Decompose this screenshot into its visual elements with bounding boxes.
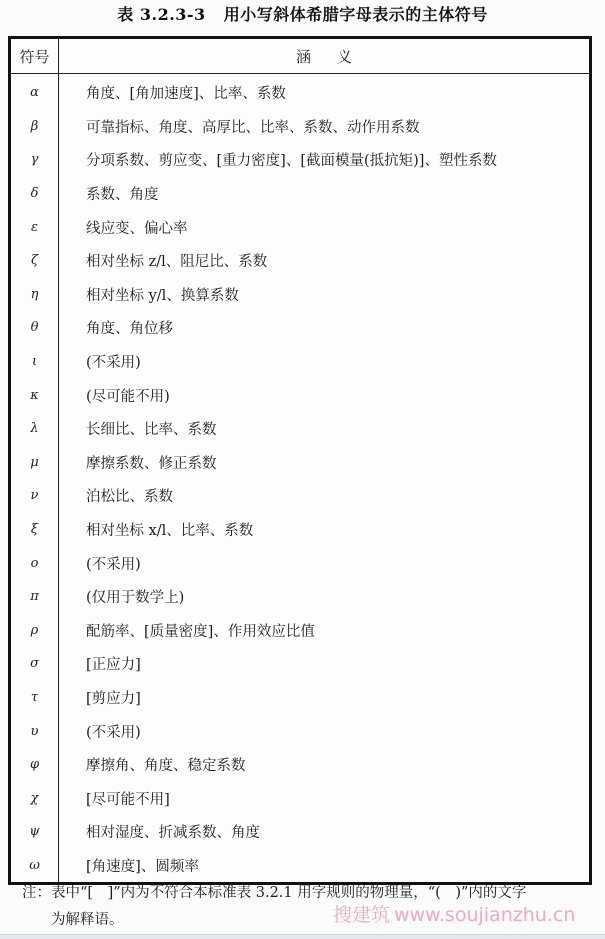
- table-row: μ摩擦系数、修正系数: [10, 446, 591, 480]
- symbol-cell: ω: [10, 849, 59, 884]
- symbol-cell: ξ: [10, 513, 59, 547]
- symbol-cell: δ: [10, 177, 59, 211]
- watermark-url: www.soujianzhu.cn: [394, 904, 575, 926]
- header-symbol: 符号: [10, 38, 59, 74]
- meaning-cell: (不采用): [59, 714, 591, 748]
- header-meaning: 涵义: [59, 38, 591, 74]
- symbol-cell: κ: [10, 378, 59, 412]
- table-number: 表 3.2.3-3: [117, 5, 205, 24]
- meaning-cell: (仅用于数学上): [59, 580, 591, 614]
- table-row: β可靠指标、角度、高厚比、比率、系数、动作用系数: [10, 110, 591, 144]
- table-row: θ角度、角位移: [10, 311, 591, 345]
- meaning-cell: 系数、角度: [59, 177, 591, 211]
- table-row: ψ相对湿度、折减系数、角度: [10, 815, 591, 849]
- meaning-cell: (不采用): [59, 546, 591, 580]
- table-row: σ[正应力]: [10, 647, 591, 681]
- table-row: ν泊松比、系数: [10, 479, 591, 513]
- table-row: υ(不采用): [10, 714, 591, 748]
- meaning-cell: [正应力]: [59, 647, 591, 681]
- meaning-cell: 摩擦系数、修正系数: [59, 446, 591, 480]
- table-row: κ(尽可能不用): [10, 378, 591, 412]
- symbol-table: 符号 涵义 α角度、[角加速度]、比率、系数β可靠指标、角度、高厚比、比率、系数…: [8, 36, 592, 885]
- symbol-cell: χ: [10, 781, 59, 815]
- table-row: ο(不采用): [10, 546, 591, 580]
- table-row: ρ配筋率、[质量密度]、作用效应比值: [10, 614, 591, 648]
- table-row: α角度、[角加速度]、比率、系数: [10, 74, 591, 110]
- meaning-cell: 配筋率、[质量密度]、作用效应比值: [59, 614, 591, 648]
- meaning-cell: [剪应力]: [59, 681, 591, 715]
- symbol-cell: ο: [10, 546, 59, 580]
- symbol-cell: ι: [10, 345, 59, 379]
- table-row: δ系数、角度: [10, 177, 591, 211]
- symbol-cell: ν: [10, 479, 59, 513]
- symbol-cell: φ: [10, 748, 59, 782]
- bottom-edge: [0, 934, 605, 939]
- symbol-cell: ε: [10, 210, 59, 244]
- meaning-cell: 相对湿度、折减系数、角度: [59, 815, 591, 849]
- table-row: ι(不采用): [10, 345, 591, 379]
- meaning-cell: 角度、[角加速度]、比率、系数: [59, 74, 591, 110]
- note-line-1: 注：表中“[ ]”内为不符合本标准表 3.2.1 用字规则的物理量，“( )”内…: [22, 885, 526, 901]
- meaning-cell: 线应变、偏心率: [59, 210, 591, 244]
- watermark-cn: 搜建筑: [333, 904, 390, 926]
- meaning-cell: 摩擦角、角度、稳定系数: [59, 748, 591, 782]
- meaning-cell: 相对坐标 z/l、阻尼比、系数: [59, 244, 591, 278]
- meaning-cell: (不采用): [59, 345, 591, 379]
- table-row: ω[角速度]、圆频率: [10, 849, 591, 884]
- symbol-cell: π: [10, 580, 59, 614]
- table-row: τ[剪应力]: [10, 681, 591, 715]
- symbol-cell: γ: [10, 143, 59, 177]
- table-row: ζ相对坐标 z/l、阻尼比、系数: [10, 244, 591, 278]
- symbol-cell: τ: [10, 681, 59, 715]
- symbol-cell: ψ: [10, 815, 59, 849]
- symbol-cell: σ: [10, 647, 59, 681]
- symbol-cell: θ: [10, 311, 59, 345]
- meaning-cell: 角度、角位移: [59, 311, 591, 345]
- table-row: λ长细比、比率、系数: [10, 412, 591, 446]
- meaning-cell: (尽可能不用): [59, 378, 591, 412]
- table-row: π(仅用于数学上): [10, 580, 591, 614]
- meaning-cell: 分项系数、剪应变、[重力密度]、[截面模量(抵抗矩)]、塑性系数: [59, 143, 591, 177]
- symbol-cell: λ: [10, 412, 59, 446]
- symbol-cell: η: [10, 278, 59, 312]
- table-caption: 用小写斜体希腊字母表示的主体符号: [224, 5, 488, 24]
- symbol-cell: α: [10, 74, 59, 110]
- meaning-cell: 泊松比、系数: [59, 479, 591, 513]
- symbol-cell: β: [10, 110, 59, 144]
- symbol-cell: υ: [10, 714, 59, 748]
- table-row: γ分项系数、剪应变、[重力密度]、[截面模量(抵抗矩)]、塑性系数: [10, 143, 591, 177]
- meaning-cell: 相对坐标 y/l、换算系数: [59, 278, 591, 312]
- meaning-cell: 可靠指标、角度、高厚比、比率、系数、动作用系数: [59, 110, 591, 144]
- symbol-cell: ζ: [10, 244, 59, 278]
- meaning-cell: 长细比、比率、系数: [59, 412, 591, 446]
- table-header-row: 符号 涵义: [10, 38, 591, 74]
- table-row: φ摩擦角、角度、稳定系数: [10, 748, 591, 782]
- meaning-cell: [尽可能不用]: [59, 781, 591, 815]
- table-row: χ[尽可能不用]: [10, 781, 591, 815]
- watermark: 搜建筑www.soujianzhu.cn: [333, 900, 575, 927]
- table-row: ξ相对坐标 x/l、比率、系数: [10, 513, 591, 547]
- table-row: η相对坐标 y/l、换算系数: [10, 278, 591, 312]
- table-title: 表 3.2.3-3用小写斜体希腊字母表示的主体符号: [0, 2, 605, 25]
- table-row: ε线应变、偏心率: [10, 210, 591, 244]
- symbol-cell: ρ: [10, 614, 59, 648]
- symbol-cell: μ: [10, 446, 59, 480]
- meaning-cell: [角速度]、圆频率: [59, 849, 591, 884]
- meaning-cell: 相对坐标 x/l、比率、系数: [59, 513, 591, 547]
